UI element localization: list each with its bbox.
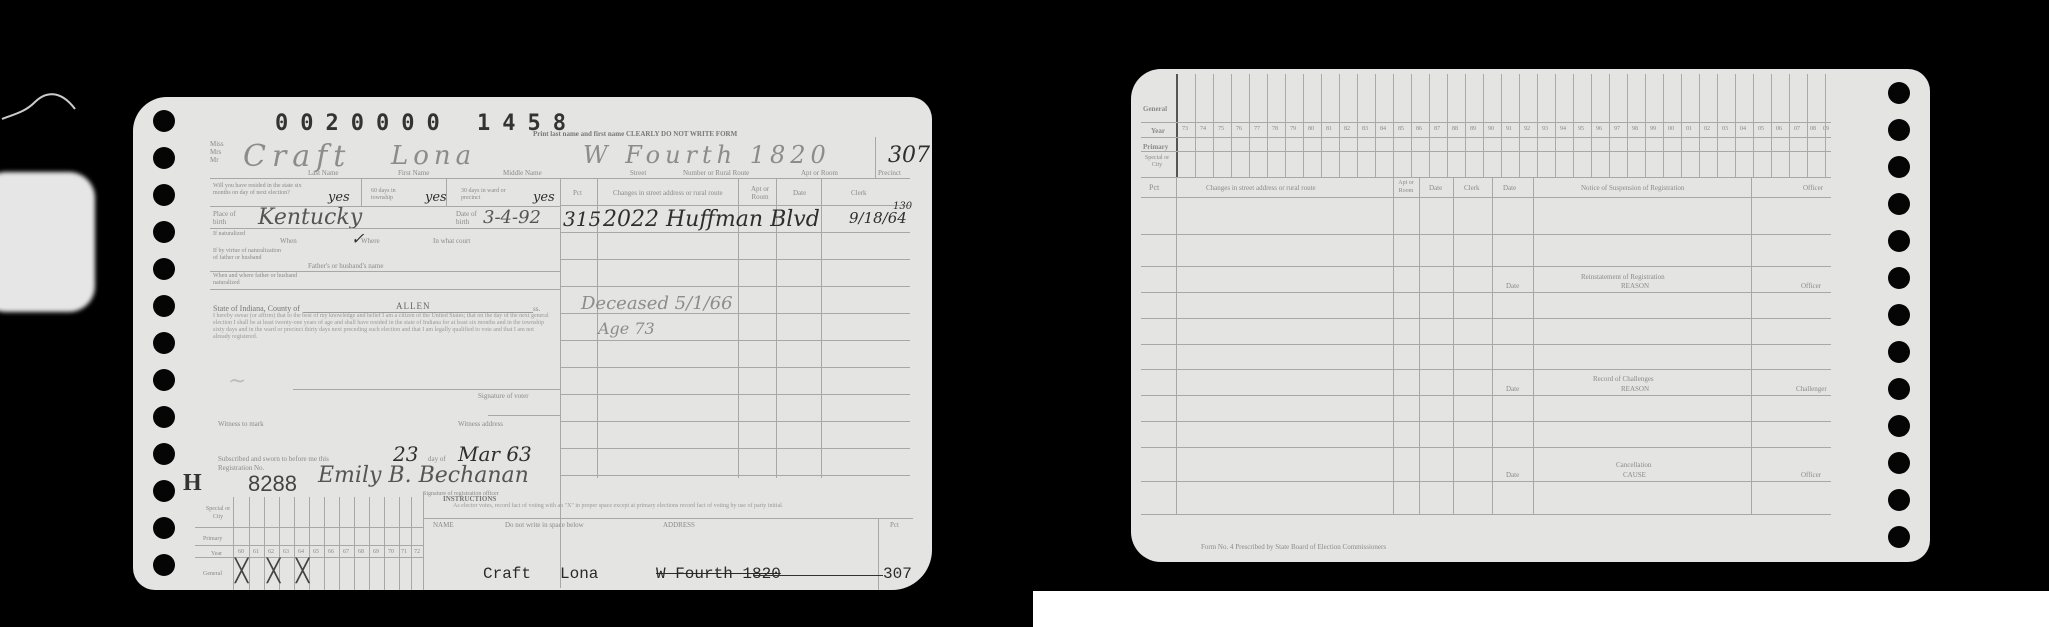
residency-q3-label: 30 days in ward or precinct [461,188,516,202]
rule [1141,318,1831,319]
rule [361,178,362,206]
rule [399,497,400,590]
rule [560,259,910,260]
special-city-label: Special or City [203,505,233,521]
rule [1141,266,1831,267]
cancellation-officer-header: Officer [1801,471,1821,479]
rule [339,497,340,590]
punch-hole [1888,230,1910,252]
apt-label: Apt or Room [801,169,838,177]
suspension-notice-header: Notice of Suspension of Registration [1581,184,1684,192]
oath-heading: State of Indiana, County of [213,305,300,313]
voted-mark-icon: ╳ [235,559,248,584]
changes-header-pct: Pct [573,189,582,197]
instructions-text: As elector votes, record fact of voting … [453,503,893,510]
changes-header-apt: Apt or Room [747,185,773,201]
date-of-birth-label: Date of birth [456,210,484,226]
punch-hole [153,110,175,132]
rule [1176,177,1177,514]
rule [423,518,913,519]
reinstatement-reason-header: REASON [1621,282,1649,290]
punch-hole [153,406,175,428]
residency-q2-label: 60 days in township [371,188,416,202]
challenges-title: Record of Challenges [1593,375,1654,383]
age-note: Age 73 [598,319,655,338]
precinct-label: Precinct [878,169,901,177]
rule [560,340,910,341]
punch-hole [1888,378,1910,400]
rule [1141,447,1831,448]
stray-fiber-artifact [0,84,80,134]
year-cell: 62 [268,549,274,555]
year-cell: 70 [388,549,394,555]
back-header-apt: Apt or Room [1396,179,1416,195]
first-name-label: First Name [398,169,429,177]
punch-hole [153,332,175,354]
witness-address-label: Witness address [458,420,503,428]
rule [210,271,560,272]
rule [560,232,910,233]
footer-do-not-write: Do not write in space below [505,521,584,529]
cancellation-cause-header: CAUSE [1623,471,1646,479]
back-header-clerk: Clerk [1464,184,1480,192]
strike-line [753,575,883,576]
punch-hole [153,517,175,539]
voted-mark-icon: ╳ [296,559,309,584]
rule [875,137,876,178]
suspension-date-header: Date [1503,184,1516,192]
date-of-birth: 3-4-92 [483,207,541,228]
rule [1393,177,1394,514]
back-header-date: Date [1429,184,1442,192]
rule [560,205,910,206]
challenges-reason-header: REASON [1621,385,1649,393]
punch-hole [153,554,175,576]
rule [411,497,412,590]
primary-label: Primary [203,535,222,543]
street-label: Street [630,169,646,177]
rule [1141,177,1831,178]
first-name-handwritten: Lona [391,141,476,171]
changes-header-clerk: Clerk [851,189,867,197]
rule [560,286,910,287]
changes-header-address: Changes in street address or rural route [613,189,723,197]
punch-hole [153,443,175,465]
back-special-label: Special or City [1143,155,1171,169]
footer-address-struck: W Fourth 1820 [656,565,781,583]
instructions-title: INSTRUCTIONS [443,495,496,503]
back-header-address: Changes in street address or rural route [1206,184,1316,192]
footer-pct-label: Pct [890,521,899,529]
rule [210,228,560,229]
county-name: ALLEN [396,302,431,310]
last-name-label: Last Name [308,169,339,177]
rule [369,497,370,590]
changes-header-date: Date [793,189,806,197]
rule [324,497,325,590]
rule [488,415,560,416]
year-cell: 69 [373,549,379,555]
year-cell: 66 [328,549,334,555]
place-of-birth: Kentucky [258,205,362,230]
rule [354,497,355,590]
reinstatement-date-header: Date [1506,282,1519,290]
rule [1533,177,1534,514]
rule [423,492,424,590]
rule [264,497,265,590]
middle-name-label: Middle Name [503,169,542,177]
residency-q3-answer: yes [533,190,555,205]
back-header-pct: Pct [1149,184,1159,192]
punch-hole [153,258,175,280]
rule [446,178,447,206]
row-pct: 315 [563,207,601,231]
rule [560,421,910,422]
cancellation-title: Cancellation [1616,461,1651,469]
registration-number: 8288 [248,471,297,497]
adjacent-card-edge [0,172,95,312]
punch-hole [153,369,175,391]
reinstatement-officer-header: Officer [1801,282,1821,290]
punch-hole [153,295,175,317]
naturalized-label: If naturalized [213,231,258,238]
blank-area [1033,591,2049,627]
suspension-officer-header: Officer [1803,184,1823,192]
rule [1141,421,1831,422]
rule [210,289,560,290]
when-where-label: When and where father or husband natural… [213,273,305,287]
registration-officer-signature: Emily B. Bechanan [318,463,529,488]
rule [1141,369,1831,370]
precinct-handwritten: 307 [888,143,930,168]
year-cell: 61 [253,549,259,555]
voted-mark-icon: ╳ [267,559,280,584]
punch-hole [153,480,175,502]
address-handwritten: W Fourth 1820 [583,141,831,169]
rule [878,518,879,590]
footer-address-label: ADDRESS [663,521,695,529]
father-husband-label: If by virtue of naturalization of father… [213,248,283,262]
year-cell: 72 [414,549,420,555]
place-of-birth-label: Place of birth [213,210,243,226]
oath-ss: ss. [533,305,540,313]
rule [1751,177,1752,514]
naturalized-court-label: In what court [433,237,470,245]
rule [1141,234,1831,235]
number-label: Number or Rural Route [683,169,749,177]
punch-hole [153,147,175,169]
letter-code: H [183,470,202,497]
naturalized-where-label: Where [361,237,380,245]
punch-hole [153,184,175,206]
rule [1453,177,1454,514]
back-general-label: General [1143,105,1167,113]
witness-mark-label: Witness to mark [218,420,264,428]
footer-last-name: Craft [483,565,531,583]
naturalized-when-label: When [280,237,297,245]
rule [293,389,560,390]
year-cell: 71 [401,549,407,555]
rule [384,497,385,590]
row-clerk: 130 [893,201,912,212]
rule [560,367,910,368]
rule [1141,481,1831,482]
punch-hole [1888,415,1910,437]
rule [233,497,234,590]
footer-name-label: NAME [433,521,454,529]
punch-hole [1888,489,1910,511]
rule [1141,197,1831,198]
day-of-label: day of [428,455,446,463]
title-prefix: Miss Mrs Mr [210,140,228,164]
footer-first-name: Lona [560,565,598,583]
form-footer: Form No. 4 Prescribed by State Board of … [1201,543,1386,551]
general-label: General [203,570,222,578]
rule [560,448,910,449]
rule [1141,514,1831,515]
voter-signature-label: Signature of voter [478,392,529,400]
punch-hole [1888,119,1910,141]
punch-hole [1888,526,1910,548]
footer-pct: 307 [883,565,912,583]
rule [294,497,295,590]
voter-registration-card-back: General Year Primary Special or City 73 … [1131,69,1930,562]
back-year-label: Year [1151,127,1165,135]
rule [560,475,910,476]
rule [1419,177,1420,514]
year-cell: 65 [313,549,319,555]
rule [1141,292,1831,293]
year-cell: 60 [238,549,244,555]
year-cell: 68 [358,549,364,555]
year-cell: 67 [343,549,349,555]
residency-q1-label: Will you have resided in the state six m… [213,183,308,197]
residency-q2-answer: yes [425,190,447,205]
header-instruction: Print last name and first name CLEARLY D… [533,130,737,138]
father-husband-name-label: Father's or husband's name [308,262,383,270]
rule [249,497,250,590]
challenges-date-header: Date [1506,385,1519,393]
rule [560,394,910,395]
rule [1141,344,1831,345]
punch-hole [1888,156,1910,178]
subscribed-label: Subscribed and sworn to before me this [218,455,329,463]
reinstatement-title: Reinstatement of Registration [1581,273,1665,281]
back-primary-label: Primary [1143,143,1168,151]
oath-text: I hereby swear (or affirm) that to the b… [213,313,553,341]
punch-hole [1888,82,1910,104]
punch-hole [153,221,175,243]
rule [1141,395,1831,396]
punch-hole [1888,193,1910,215]
punch-hole [1888,304,1910,326]
row-address: 2022 Huffman Blvd [603,207,820,232]
deceased-note: Deceased 5/1/66 [581,293,733,314]
year-cell: 64 [298,549,304,555]
punch-hole [1888,341,1910,363]
year-grid-lines [1178,74,1831,177]
residency-q1-answer: yes [328,190,350,205]
year-cell: 63 [283,549,289,555]
punch-hole [1888,267,1910,289]
cancellation-date-header: Date [1506,471,1519,479]
punch-hole [1888,452,1910,474]
rule [821,178,822,478]
rule [1492,177,1493,514]
challenges-challenger-header: Challenger [1796,385,1827,393]
voter-signature-faint: ~ [228,369,246,394]
voter-registration-card-front: 0020000 1458 Print last name and first n… [133,97,932,590]
